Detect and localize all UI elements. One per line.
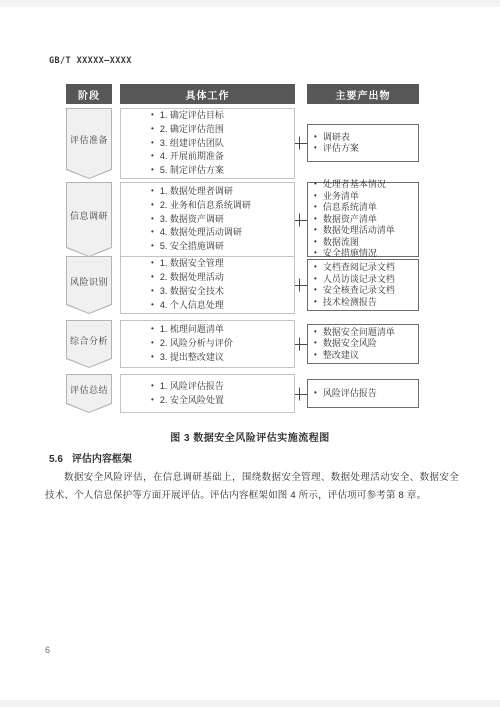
work-item: 1. 数据安全管理 [151,257,294,271]
output-item: 风险评估报告 [314,388,418,400]
output-cell: 风险评估报告 [307,374,419,413]
column-gap [112,374,120,413]
flowchart-figure: 阶段 具体工作 主要产出物 评估准备 1. 确定评估目标2. 确定评估范围3. … [66,84,419,413]
work-item: 3. 提出整改建议 [151,351,294,365]
output-item: 业务清单 [314,191,418,203]
document-number: GB/T XXXXX—XXXX [49,56,132,66]
phase-arrow-shape: 评估准备 [66,108,112,179]
scan-edge-top [0,0,500,7]
work-item: 3. 数据资产调研 [151,213,294,227]
work-list: 1. 风险评估报告2. 安全风险处置 [151,380,294,408]
output-box: 文档查阅记录文档人员访谈记录文档安全核查记录文档技术检测报告 [307,259,419,311]
work-box: 1. 数据安全管理2. 数据处理活动3. 数据安全技术4. 个人信息处理 [120,256,295,314]
work-item: 1. 风险评估报告 [151,380,294,394]
scan-edge-bottom [0,700,500,707]
output-cell: 数据安全问题清单数据安全风险整改建议 [307,320,419,368]
work-item: 2. 风险分析与评价 [151,337,294,351]
output-item: 信息系统清单 [314,202,418,214]
output-item: 安全核查记录文档 [314,285,418,297]
work-item: 3. 组建评估团队 [151,137,294,151]
body-paragraph: 数据安全风险评估，在信息调研基础上，围绕数据安全管理、数据处理活动安全、数据安全… [45,469,459,505]
figure-row-identification: 风险识别 1. 数据安全管理2. 数据处理活动3. 数据安全技术4. 个人信息处… [66,256,419,314]
figure-row-summary: 评估总结 1. 风险评估报告2. 安全风险处置 风险评估报告 [66,374,419,413]
section-title: 评估内容框架 [72,454,132,465]
work-box: 1. 梳理问题清单2. 风险分析与评价3. 提出整改建议 [120,320,295,368]
work-list: 1. 数据处理者调研2. 业务和信息系统调研3. 数据资产调研4. 数据处理活动… [151,185,294,254]
work-item: 1. 确定评估目标 [151,109,294,123]
work-item: 2. 数据处理活动 [151,271,294,285]
page-number: 6 [45,645,50,655]
output-box: 调研表评估方案 [307,124,419,162]
work-item: 2. 业务和信息系统调研 [151,199,294,213]
output-item: 文档查阅记录文档 [314,262,418,274]
column-header-output: 主要产出物 [307,84,419,104]
work-item: 4. 数据处理活动调研 [151,226,294,240]
work-box: 1. 风险评估报告2. 安全风险处置 [120,374,295,413]
output-item: 评估方案 [314,143,418,155]
output-item: 调研表 [314,132,418,144]
output-item: 数据安全问题清单 [314,327,418,339]
work-item: 1. 梳理问题清单 [151,323,294,337]
output-item: 技术检测报告 [314,297,418,309]
figure-row-analysis: 综合分析 1. 梳理问题清单2. 风险分析与评价3. 提出整改建议 数据安全问题… [66,320,419,368]
output-cell: 调研表评估方案 [307,108,419,179]
work-item: 2. 安全风险处置 [151,394,294,408]
column-gap [112,182,120,257]
phase-label: 信息调研 [66,182,112,249]
work-list: 1. 确定评估目标2. 确定评估范围3. 组建评估团队4. 开展前期准备5. 制… [151,109,294,178]
connector-line [295,182,307,257]
output-list: 调研表评估方案 [314,132,418,155]
work-item: 2. 确定评估范围 [151,123,294,137]
output-item: 处理者基本情况 [314,179,418,191]
connector-line [295,320,307,368]
work-item: 3. 数据安全技术 [151,285,294,299]
output-box: 风险评估报告 [307,379,419,408]
column-gap [112,84,120,104]
connector-line [295,374,307,413]
work-item: 1. 数据处理者调研 [151,185,294,199]
output-list: 文档查阅记录文档人员访谈记录文档安全核查记录文档技术检测报告 [314,262,418,308]
output-cell: 处理者基本情况业务清单信息系统清单数据资产清单数据处理活动清单数据流图安全措施情… [307,182,419,257]
column-gap [295,84,307,104]
output-box: 数据安全问题清单数据安全风险整改建议 [307,324,419,364]
output-item: 人员访谈记录文档 [314,274,418,286]
work-list: 1. 数据安全管理2. 数据处理活动3. 数据安全技术4. 个人信息处理 [151,257,294,312]
output-item: 整改建议 [314,350,418,362]
output-item: 数据安全风险 [314,338,418,350]
output-item: 数据处理活动清单 [314,225,418,237]
work-box: 1. 确定评估目标2. 确定评估范围3. 组建评估团队4. 开展前期准备5. 制… [120,108,295,179]
phase-arrow-shape: 评估总结 [66,374,112,413]
work-item: 5. 制定评估方案 [151,164,294,178]
figure-row-research: 信息调研 1. 数据处理者调研2. 业务和信息系统调研3. 数据资产调研4. 数… [66,182,419,249]
section-heading: 5.6评估内容框架 [49,450,132,465]
column-gap [112,108,120,179]
phase-label: 评估总结 [66,374,112,405]
output-box: 处理者基本情况业务清单信息系统清单数据资产清单数据处理活动清单数据流图安全措施情… [307,182,419,257]
phase-label: 综合分析 [66,320,112,360]
phase-label: 风险识别 [66,256,112,306]
output-item: 数据流图 [314,237,418,249]
work-item: 4. 开展前期准备 [151,150,294,164]
phase-arrow-shape: 风险识别 [66,256,112,314]
column-gap [112,320,120,368]
section-number: 5.6 [49,454,63,465]
output-list: 数据安全问题清单数据安全风险整改建议 [314,327,418,362]
column-gap [112,256,120,314]
output-item: 数据资产清单 [314,214,418,226]
figure-header-row: 阶段 具体工作 主要产出物 [66,84,419,104]
output-list: 处理者基本情况业务清单信息系统清单数据资产清单数据处理活动清单数据流图安全措施情… [314,179,418,260]
work-box: 1. 数据处理者调研2. 业务和信息系统调研3. 数据资产调研4. 数据处理活动… [120,182,295,257]
connector-line [295,108,307,179]
work-item: 4. 个人信息处理 [151,299,294,313]
output-list: 风险评估报告 [314,388,418,400]
work-list: 1. 梳理问题清单2. 风险分析与评价3. 提出整改建议 [151,323,294,364]
phase-label: 评估准备 [66,108,112,171]
connector-line [295,256,307,314]
work-item: 5. 安全措施调研 [151,240,294,254]
phase-arrow-shape: 信息调研 [66,182,112,257]
figure-caption: 图 3 数据安全风险评估实施流程图 [0,429,500,444]
figure-row-preparation: 评估准备 1. 确定评估目标2. 确定评估范围3. 组建评估团队4. 开展前期准… [66,108,419,177]
output-cell: 文档查阅记录文档人员访谈记录文档安全核查记录文档技术检测报告 [307,256,419,314]
column-header-phase: 阶段 [66,84,112,104]
column-header-work: 具体工作 [120,84,295,104]
phase-arrow-shape: 综合分析 [66,320,112,368]
